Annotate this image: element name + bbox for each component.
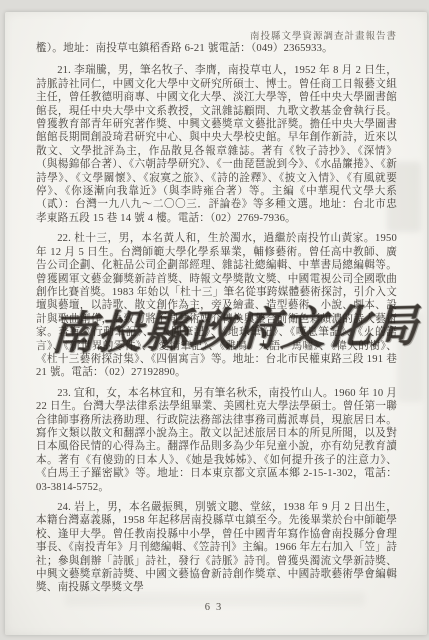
running-header: 南投縣文學資源調查計畫報告書 (250, 28, 397, 42)
page-number: 63 (5, 602, 427, 613)
paragraph-continuation: 檻）。地址：南投草屯鎮稻香路 6-21 號電話：（049）2365933。 (36, 42, 397, 55)
page-body: 檻）。地址：南投草屯鎮稻香路 6-21 號電話：（049）2365933。 21… (36, 42, 397, 602)
entry-21-li-jui-teng: 21. 李瑞騰，男，筆名牧子、李膺，南投草屯人，1952 年 8 月 2 日生，… (36, 64, 397, 225)
entry-22-tu-shih-san: 22. 杜十三，男，本名黃人和，生於濁水，過繼於南投竹山黃家。1950 年 12… (36, 232, 397, 379)
scanned-page: 南投縣文學資源調查計畫報告書 檻）。地址：南投草屯鎮稻香路 6-21 號電話：（… (5, 12, 427, 635)
entry-24-yen-shang: 24. 岩上，男，本名嚴振興，別號文聰、堂絃，1938 年 9 月 2 日出生，… (36, 501, 397, 595)
scan-artifact (397, 312, 423, 402)
entry-23-yi-ho: 23. 宜和，女，本名林宜和，另有筆名秋禾，南投竹山人。1960 年 10 月 … (36, 387, 397, 494)
